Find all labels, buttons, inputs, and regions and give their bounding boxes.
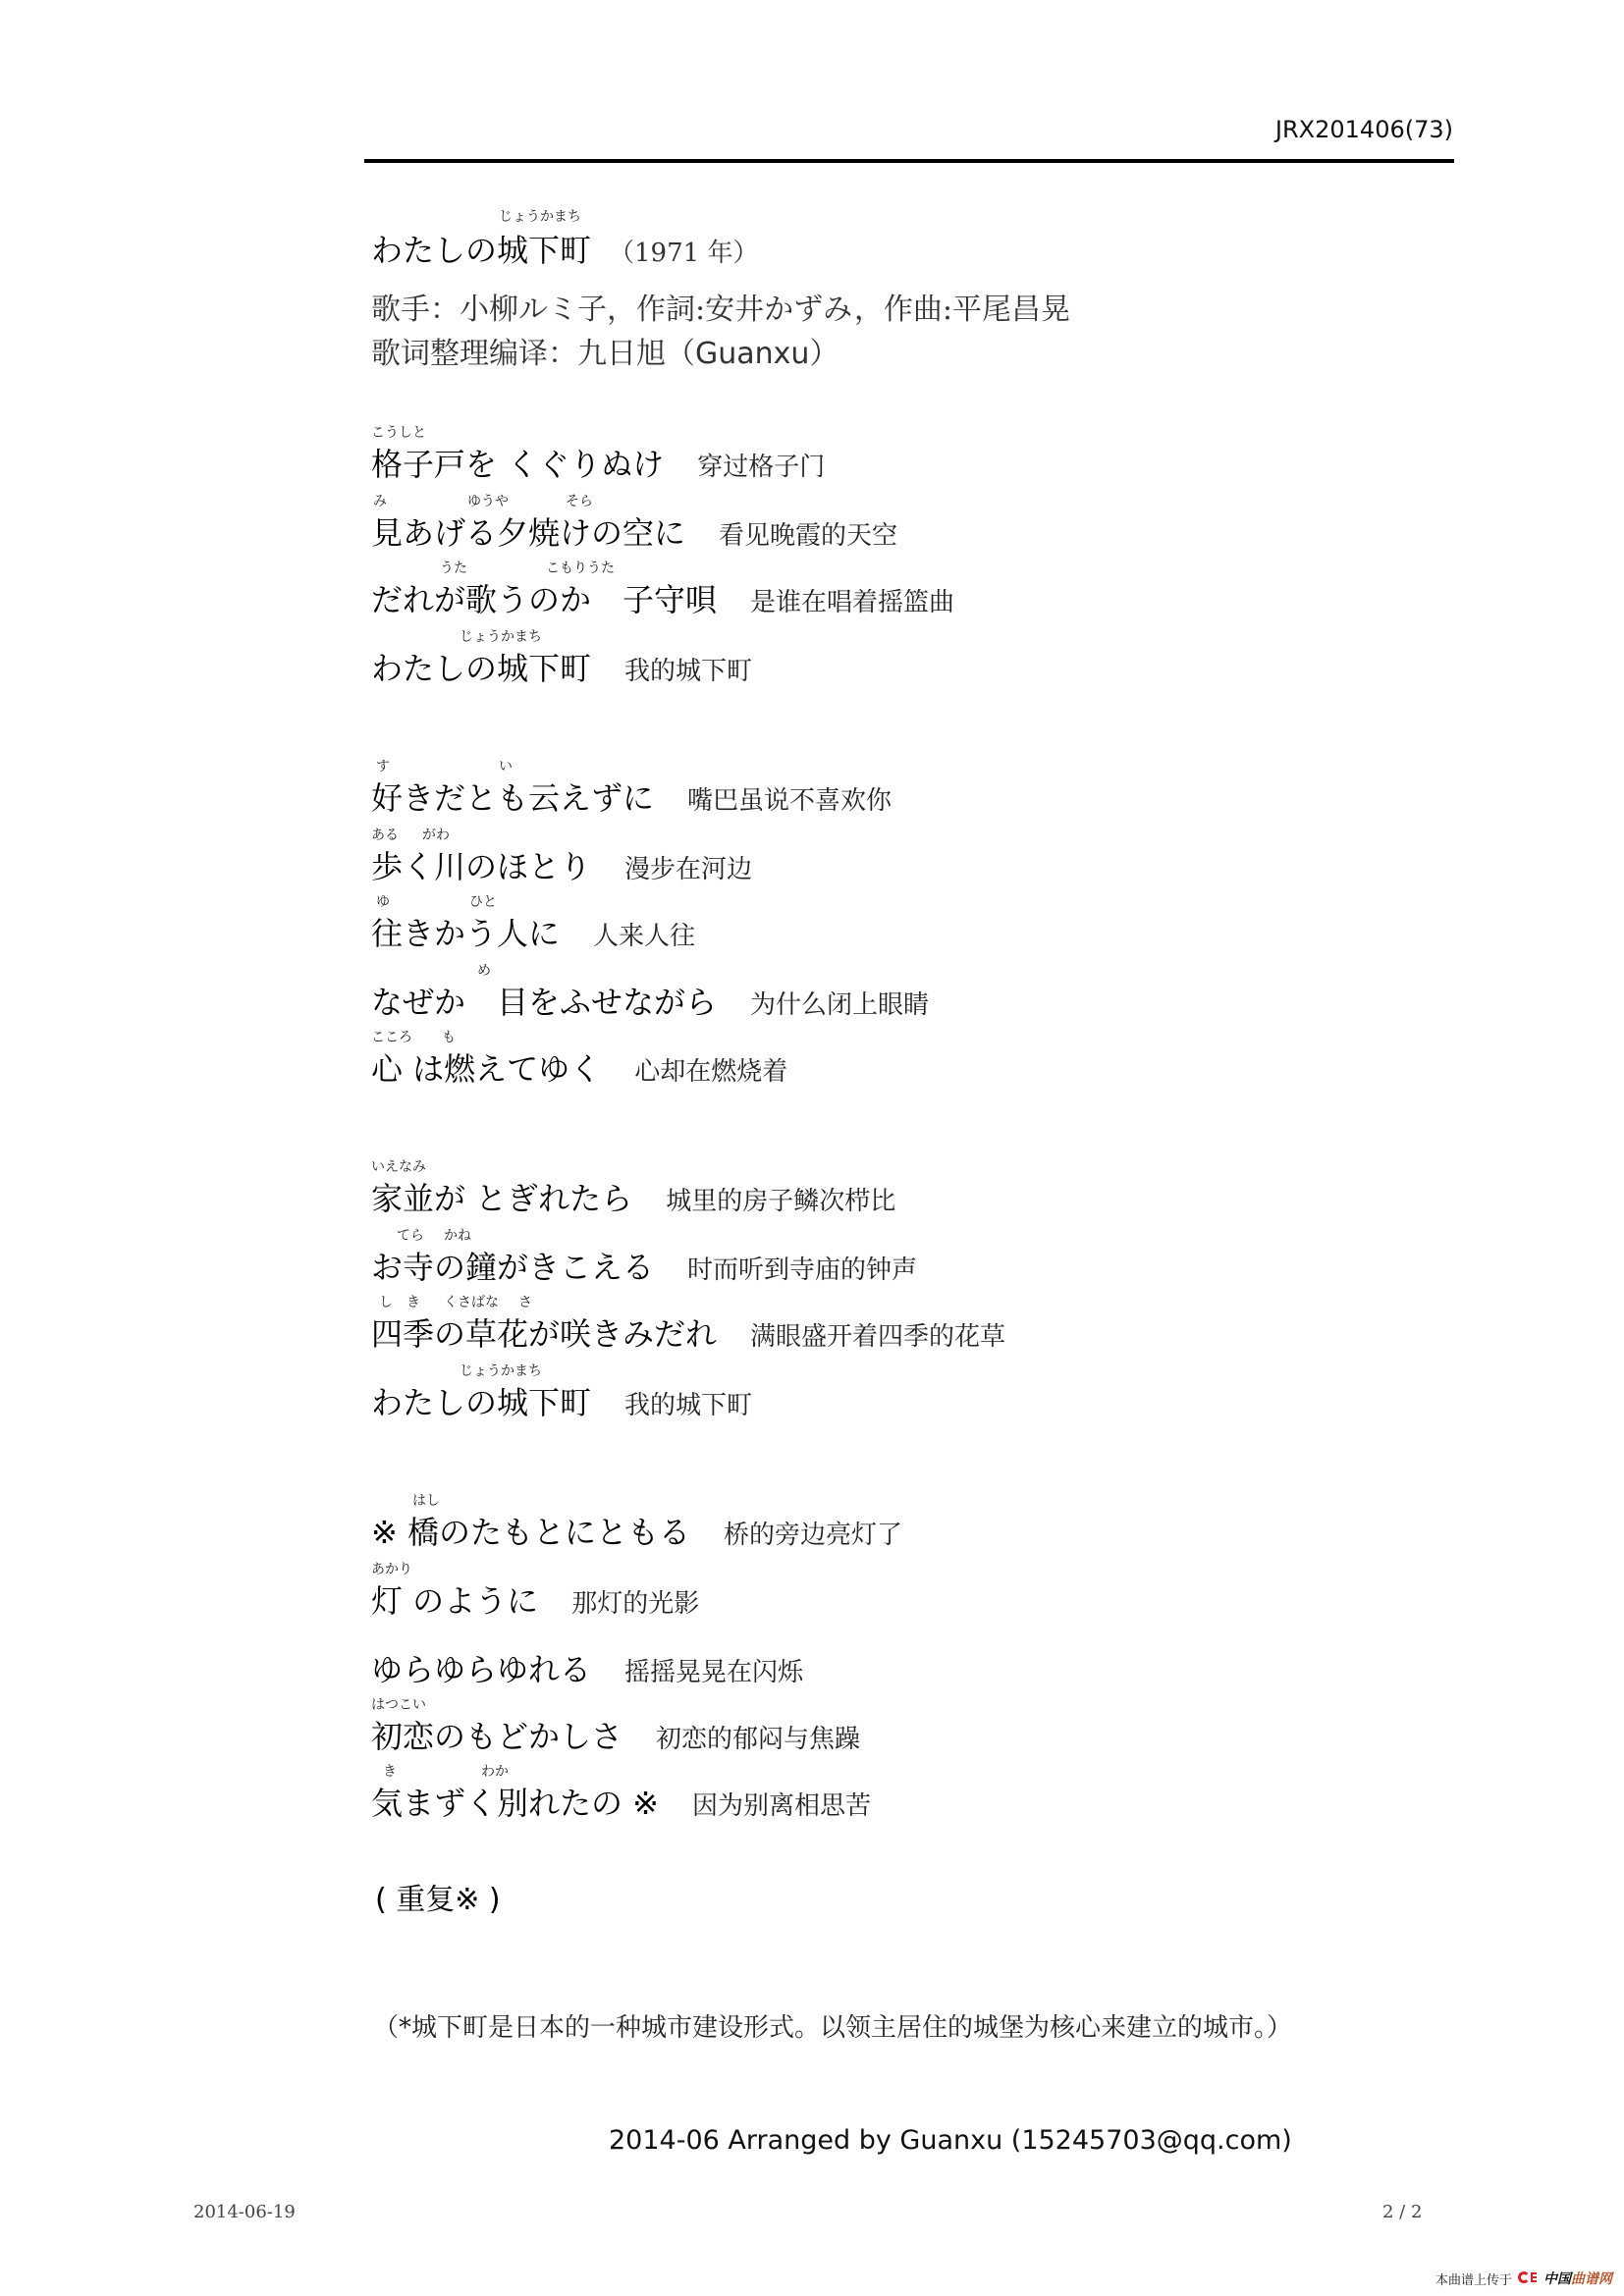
lyric-chinese-translation: 因为别离相思苦 <box>692 1786 871 1822</box>
upload-watermark: 本曲谱上传于 中国曲谱网 <box>1435 2269 1612 2288</box>
lyric-japanese: なぜか 目をふせながら <box>371 978 717 1023</box>
lyric-chinese-translation: 漫步在河边 <box>624 849 752 885</box>
lyric-chinese-translation: 时而听到寺庙的钟声 <box>687 1250 917 1286</box>
furigana: うた <box>440 558 467 577</box>
lyric-japanese: 家並が とぎれたら <box>371 1174 632 1219</box>
furigana: き <box>406 1292 420 1311</box>
lyric-japanese: お寺の鐘がきこえる <box>371 1243 654 1288</box>
lyric-chinese-translation: 满眼盛开着四季的花草 <box>750 1316 1005 1353</box>
furigana: み <box>373 491 387 510</box>
lyric-chinese-translation: 初恋的郁闷与焦躁 <box>656 1719 860 1755</box>
lyric-chinese-translation: 穿过格子门 <box>697 447 825 483</box>
repeat-marker: ( 重复※ ) <box>375 1875 501 1918</box>
title-furigana: じょうかまち <box>499 206 581 226</box>
header-rule <box>364 159 1454 163</box>
lyric-chinese-translation: 看见晚霞的天空 <box>719 515 897 552</box>
lyric-chinese-translation: 为什么闭上眼睛 <box>750 985 929 1021</box>
lyric-chinese-translation: 桥的旁边亮灯了 <box>724 1515 902 1551</box>
lyric-chinese-translation: 我的城下町 <box>624 1385 752 1421</box>
furigana: そら <box>566 491 593 510</box>
lyric-japanese: 灯 のように <box>371 1576 538 1622</box>
furigana: かね <box>444 1225 471 1245</box>
lyric-chinese-translation: 摇摇晃晃在闪烁 <box>624 1652 803 1688</box>
lyric-chinese-translation: 嘴巴虽说不喜欢你 <box>687 780 892 817</box>
furigana: はし <box>412 1490 440 1510</box>
footnote: （*城下町是日本的一种城市建设形式。以领主居住的城堡为核心来建立的城市。） <box>373 2007 1292 2044</box>
lyric-japanese: わたしの城下町 <box>371 644 591 689</box>
furigana: くさばな <box>444 1292 499 1311</box>
footer-page-number: 2 / 2 <box>1382 2202 1422 2222</box>
footer-date: 2014-06-19 <box>193 2202 296 2222</box>
furigana: き <box>383 1761 397 1781</box>
furigana: じょうかまち <box>460 1361 542 1380</box>
furigana: す <box>376 756 390 775</box>
furigana: こもりうた <box>546 558 615 577</box>
furigana: さ <box>518 1292 532 1311</box>
furigana: あかり <box>371 1559 412 1578</box>
lyric-japanese: 心 は燃えてゆく <box>371 1044 601 1090</box>
lyric-chinese-translation: 人来人往 <box>593 916 695 952</box>
furigana: わか <box>481 1761 509 1781</box>
lyric-japanese: 格子戸を くぐりぬけ <box>371 440 664 485</box>
furigana: ひと <box>469 891 497 911</box>
lyric-japanese: 初恋のもどかしさ <box>371 1712 623 1757</box>
site-name-dark: 中国 <box>1543 2269 1571 2288</box>
lyric-japanese: 見あげる夕焼けの空に <box>371 508 685 554</box>
furigana: はつこい <box>371 1694 426 1714</box>
lyric-japanese: ※ 橋のたもとにともる <box>371 1508 690 1553</box>
lyric-chinese-translation: 是谁在唱着摇篮曲 <box>750 582 954 618</box>
furigana: てら <box>397 1225 424 1245</box>
credits-singer-line: 歌手：小柳ルミ子，作詞:安井かずみ，作曲:平尾昌晃 <box>371 285 1070 328</box>
site-logo-icon <box>1518 2271 1540 2285</box>
document-id: JRX201406(73) <box>1267 116 1453 143</box>
furigana: こうしと <box>371 422 426 442</box>
translator-latin: Guanxu <box>695 337 809 371</box>
translator-prefix: 歌词整理编译：九日旭（ <box>371 337 695 371</box>
song-year: （1971 年） <box>609 233 758 269</box>
furigana: し <box>379 1292 393 1311</box>
translator-suffix: ） <box>809 337 839 371</box>
furigana: ゆ <box>376 891 390 911</box>
furigana: い <box>499 756 513 775</box>
lyric-japanese: 歩く川のほとり <box>371 842 591 887</box>
lyric-japanese: ゆらゆらゆれる <box>371 1645 591 1690</box>
lyric-japanese: わたしの城下町 <box>371 1378 591 1423</box>
lyric-japanese: 四季の草花が咲きみだれ <box>371 1309 717 1355</box>
furigana: いえなみ <box>371 1156 426 1176</box>
furigana: がわ <box>422 825 450 844</box>
lyric-chinese-translation: 那灯的光影 <box>571 1583 699 1620</box>
credits-translator-line: 歌词整理编译：九日旭（Guanxu） <box>371 329 839 372</box>
site-name-brown: 曲谱网 <box>1571 2269 1612 2288</box>
furigana: め <box>477 960 491 980</box>
arranger-credit: 2014-06 Arranged by Guanxu (15245703@qq.… <box>609 2125 1292 2156</box>
upload-prefix: 本曲谱上传于 <box>1435 2269 1512 2288</box>
furigana: こころ <box>371 1027 412 1046</box>
furigana: ゆうや <box>467 491 509 510</box>
lyric-chinese-translation: 城里的房子鳞次栉比 <box>666 1181 895 1217</box>
furigana: じょうかまち <box>460 626 542 646</box>
song-title: わたしの城下町 <box>371 226 591 271</box>
lyric-japanese: 往きかう人に <box>371 909 560 954</box>
lyric-japanese: だれが歌うのか 子守唄 <box>371 575 717 620</box>
furigana: ある <box>371 825 399 844</box>
lyric-japanese: 好きだとも云えずに <box>371 774 654 819</box>
furigana: も <box>442 1027 456 1046</box>
lyric-chinese-translation: 我的城下町 <box>624 651 752 687</box>
lyric-japanese: 気まずく別れたの ※ <box>371 1779 659 1824</box>
lyric-chinese-translation: 心却在燃烧着 <box>634 1051 787 1088</box>
